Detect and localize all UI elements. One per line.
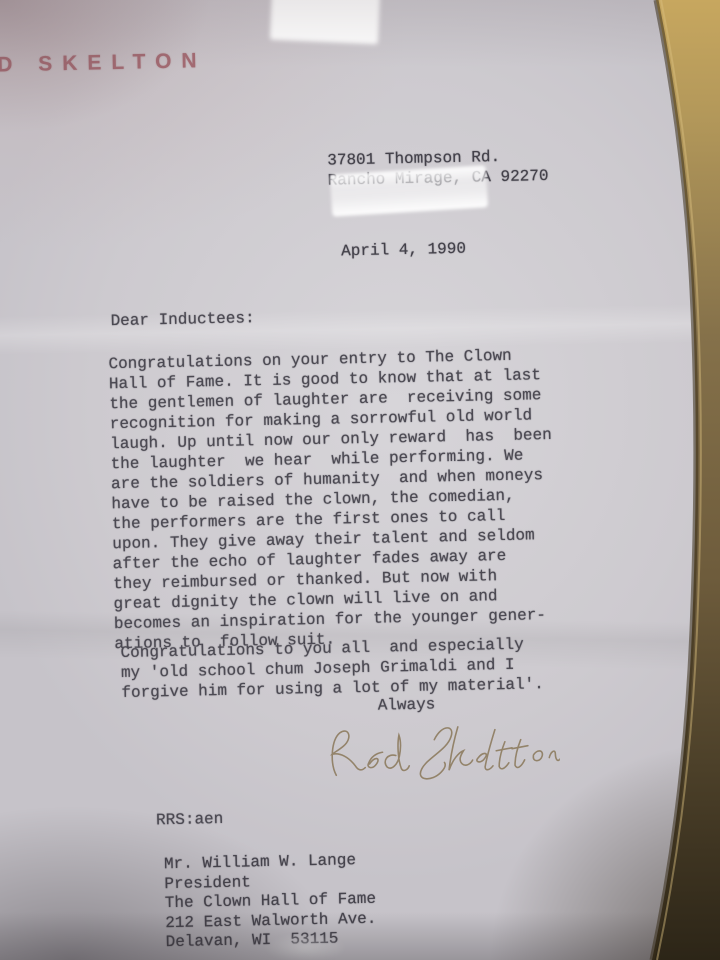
body-paragraph-1: Congratulations on your entry to The Clo… (108, 345, 556, 654)
letter-page: D SKELTON 37801 Thompson Rd. Rancho Mira… (0, 0, 720, 960)
letterhead-name: D SKELTON (0, 49, 207, 77)
body-paragraph-2: Congratulations to you all and especiall… (120, 634, 544, 703)
handwritten-signature (321, 706, 561, 799)
recipient-address-block: Mr. William W. Lange President The Clown… (164, 851, 377, 953)
reference-initials: RRS:aen (156, 809, 224, 830)
letter-date: April 4, 1990 (341, 239, 466, 262)
sender-address: 37801 Thompson Rd. Rancho Mirage, CA 922… (327, 146, 549, 191)
framed-letter-photo: D SKELTON 37801 Thompson Rd. Rancho Mira… (0, 0, 720, 960)
salutation: Dear Inductees: (110, 308, 254, 331)
picture-frame-edge (648, 0, 720, 960)
